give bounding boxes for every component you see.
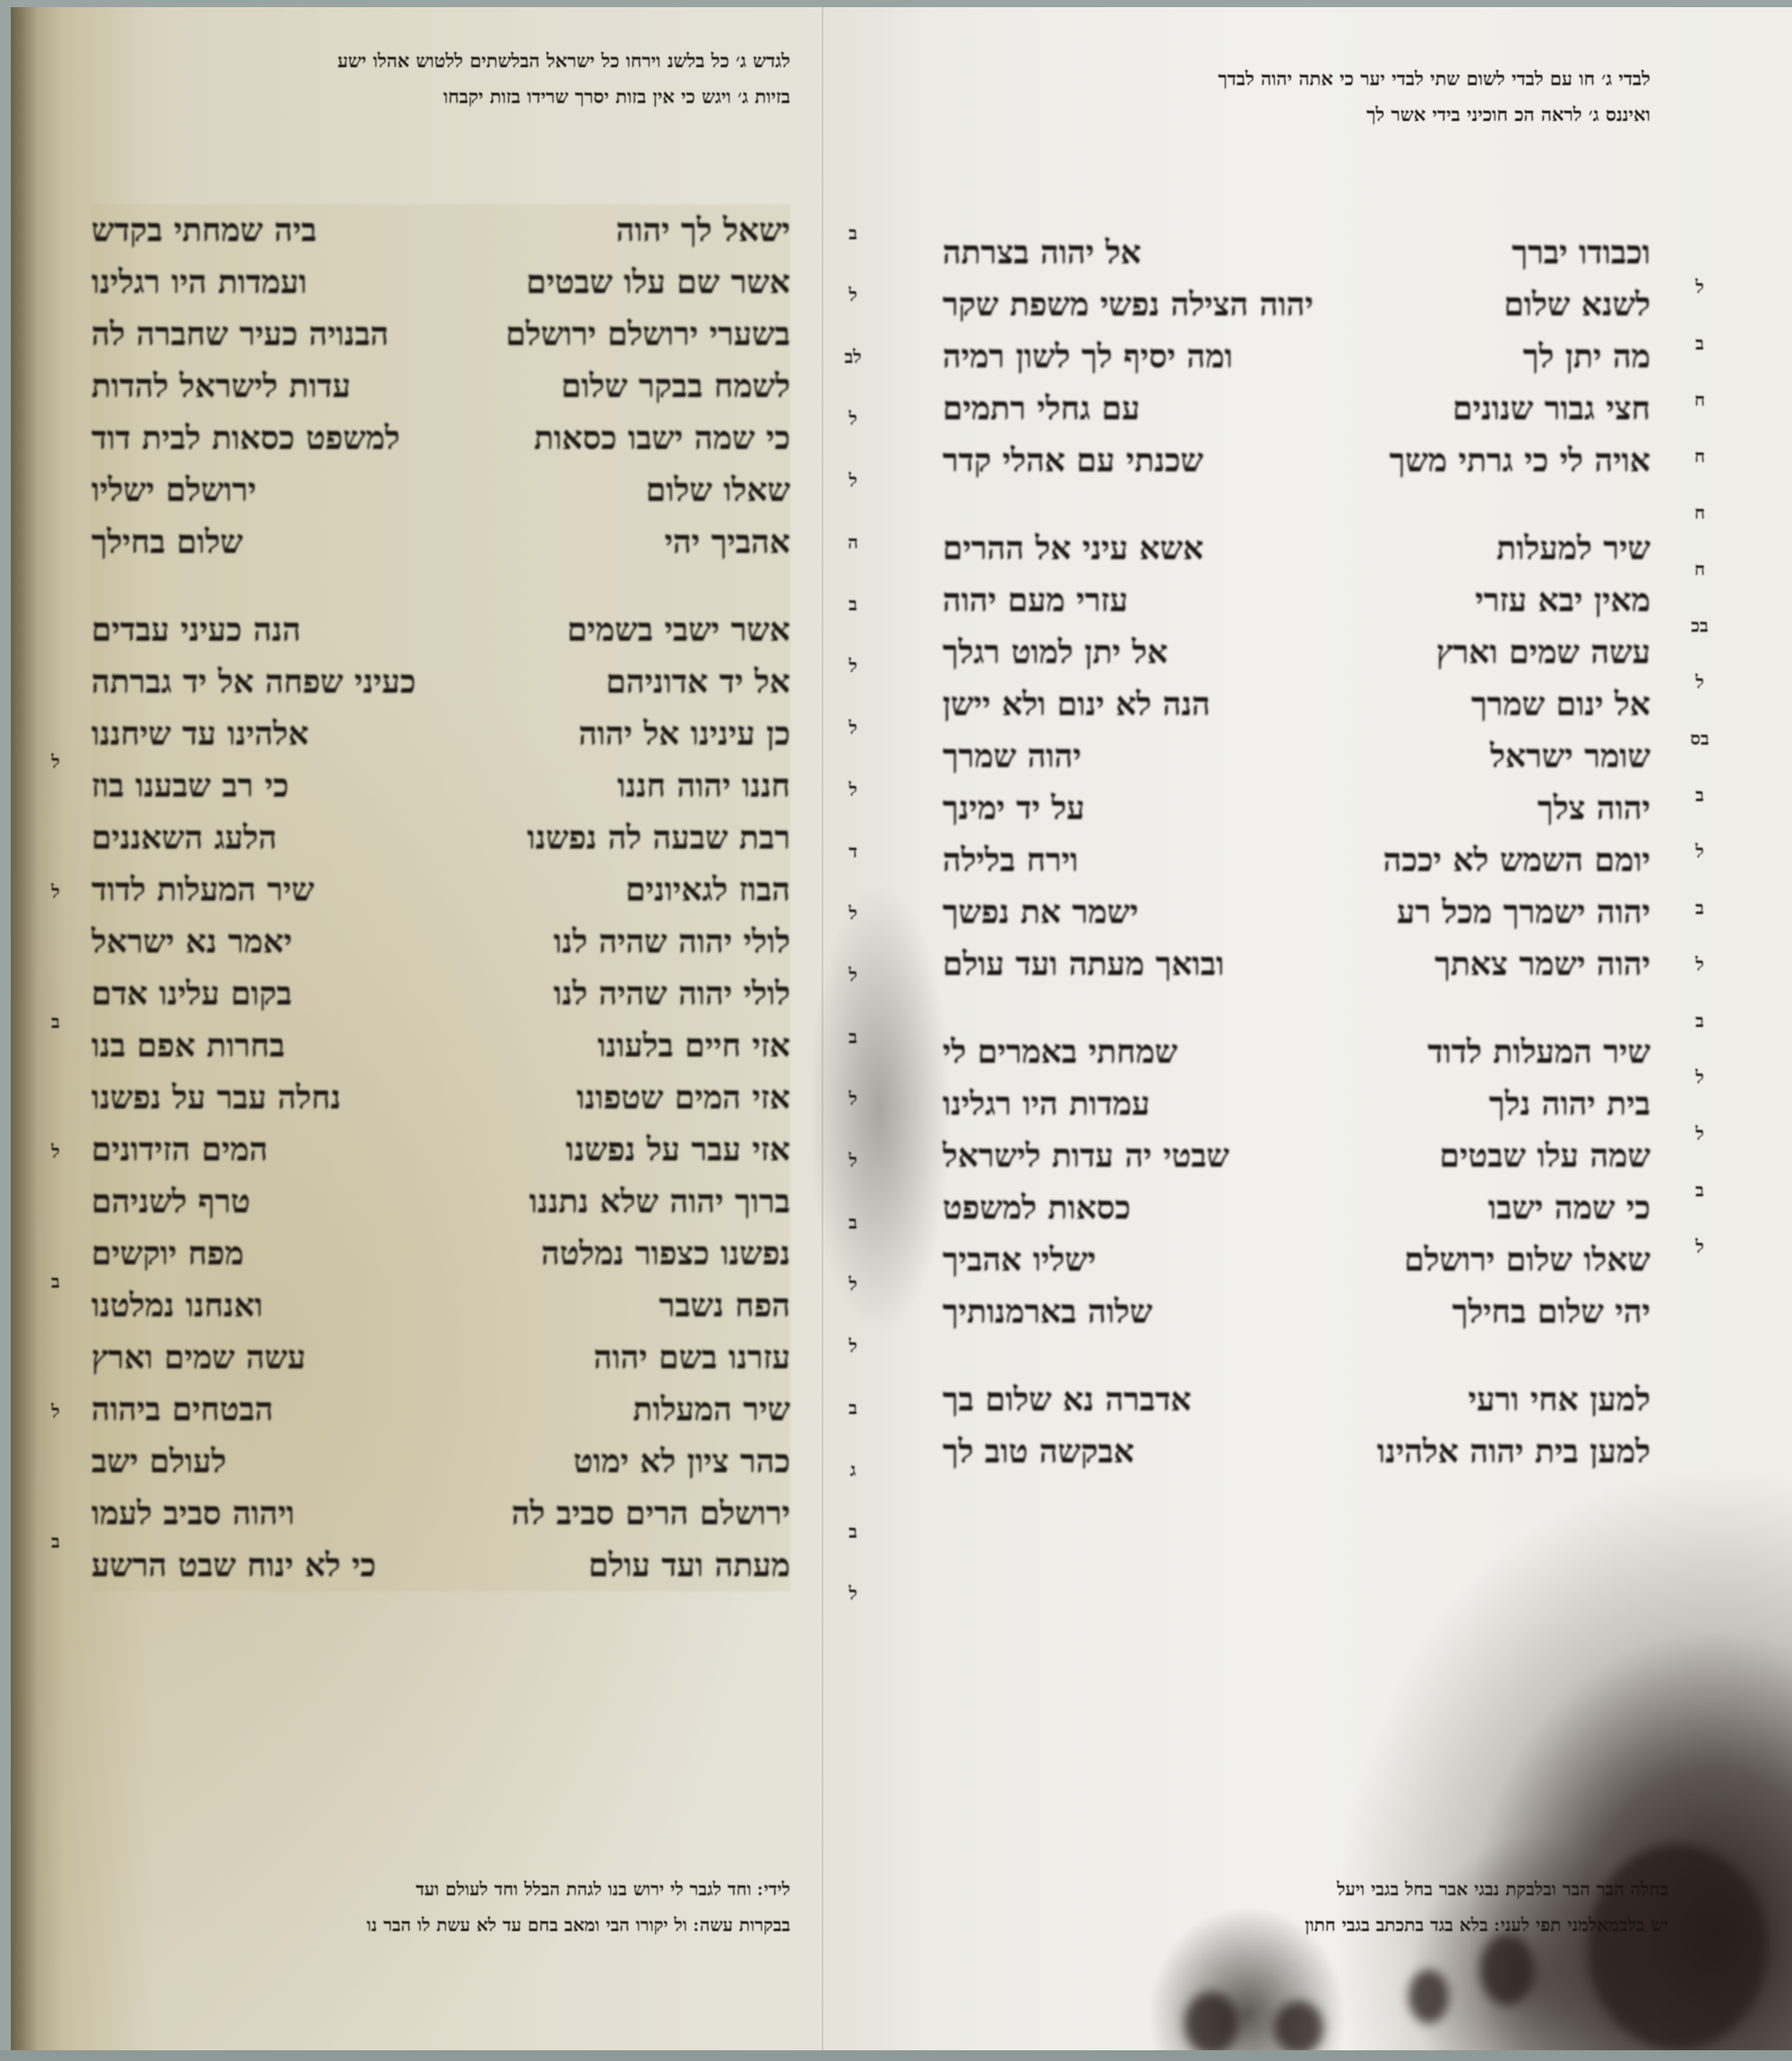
hemistich-first: ירושלם הרים סביב לה xyxy=(512,1488,790,1539)
masorah-mark: ל xyxy=(1664,1066,1736,1089)
hemistich-second: הנה לא ינום ולא יישן xyxy=(943,678,1210,730)
verse-line: יהוה ישמר צאתךובואך מעתה ועד עולם xyxy=(943,938,1650,990)
hemistich-second: אלהינו עד שיחננו xyxy=(91,708,309,760)
masorah-mark: ב xyxy=(826,1026,880,1048)
hemistich-second: יהוה הצילה נפשי משפת שקר xyxy=(943,279,1314,331)
masorah-margin-right: לבחחחחבכלבסבלבלבללבל xyxy=(1664,276,1736,1292)
hemistich-second: יהוה שמרך xyxy=(943,730,1081,782)
verse-line: אשר שם עלו שבטיםועמדות היו רגלינו xyxy=(91,256,790,308)
masorah-line: בבקרות עשה ׃ ול יקורו הבי ומאב בחם עד לא… xyxy=(100,1907,790,1943)
verse-line: כי שמה ישבו כסאותלמשפט כסאות לבית דוד xyxy=(91,412,790,464)
hemistich-first: מה יתן לך xyxy=(1523,331,1650,383)
masorah-mark: ל xyxy=(826,1088,880,1110)
verse-line: כי שמה ישבוכסאות למשפט xyxy=(943,1182,1650,1234)
hemistich-first: חצי גבור שנונים xyxy=(1452,383,1650,435)
hemistich-second: ביה שמחתי בקדש xyxy=(91,204,317,256)
masorah-mark: בס xyxy=(1664,728,1736,750)
masorah-mark: ל xyxy=(826,717,880,739)
hemistich-second: המים הזידונים xyxy=(91,1124,268,1176)
hemistich-first: אזי חיים בלעונו xyxy=(598,1020,790,1072)
hemistich-first: יהוה ישמר צאתך xyxy=(1434,938,1650,990)
hemistich-first: ישאל לך יהוה xyxy=(616,204,790,256)
hemistich-first: שמה עלו שבטים xyxy=(1439,1130,1650,1182)
verse-line: בית יהוה נלךעמדות היו רגלינו xyxy=(943,1078,1650,1130)
verse-line: שומר ישראליהוה שמרך xyxy=(943,730,1650,782)
masorah-mark: בכ xyxy=(1664,615,1736,637)
hemistich-first: יהוה צלך xyxy=(1538,782,1650,834)
hemistich-second: עם גחלי רתמים xyxy=(943,383,1140,435)
masorah-mark: ל xyxy=(826,779,880,801)
masorah-mark: ה xyxy=(826,531,880,554)
hemistich-second: הבנויה כעיר שחברה לה xyxy=(91,308,389,360)
verse-line: בשערי ירושלם ירושלםהבנויה כעיר שחברה לה xyxy=(91,308,790,360)
verse-line: לשמח בבקר שלוםעדות לישראל להדות xyxy=(91,360,790,412)
masorah-mark: ל xyxy=(826,964,880,987)
hemistich-second: שכנתי עם אהלי קדר xyxy=(943,435,1203,487)
hemistich-second: בקום עלינו אדם xyxy=(91,968,292,1020)
masorah-mark: ל xyxy=(826,1150,880,1172)
verse-line: וכבודו יברךאל יהוה בצרתה xyxy=(943,227,1650,279)
ink-stain xyxy=(1274,2001,1323,2055)
hemistich-second: ואנחנו נמלטנו xyxy=(91,1280,263,1332)
hemistich-first: עשה שמים וארץ xyxy=(1436,626,1650,678)
masorah-mark: ב xyxy=(1664,897,1736,919)
hemistich-second: כי רב שבענו בוז xyxy=(91,760,289,812)
text-column-right: וכבודו יברךאל יהוה בצרתהלשנא שלוםיהוה הצ… xyxy=(943,227,1650,1478)
masorah-mark: ב xyxy=(826,1397,880,1419)
verse-line: שיר המעלות לדודשמחתי באמרים לי xyxy=(943,1026,1650,1078)
masorah-mark: ל xyxy=(38,1401,73,1423)
masorah-mark: ל xyxy=(1664,671,1736,694)
hemistich-first: חננו יהוה חננו xyxy=(617,760,790,812)
hemistich-first: שומר ישראל xyxy=(1490,730,1650,782)
masorah-mark: לב xyxy=(826,346,880,368)
verse-line: אל יד אדוניהםכעיני שפחה אל יד גברתה xyxy=(91,656,790,708)
masorah-mark: ל xyxy=(38,881,73,903)
verse-line: אזי עבר על נפשנוהמים הזידונים xyxy=(91,1124,790,1176)
hemistich-second: וירח בלילה xyxy=(943,834,1078,886)
hemistich-first: עזרנו בשם יהוה xyxy=(594,1332,790,1384)
hemistich-second: עמדות היו רגלינו xyxy=(943,1078,1150,1130)
verse-line: חננו יהוה חננוכי רב שבענו בוז xyxy=(91,760,790,812)
hemistich-second: אבקשה טוב לך xyxy=(943,1426,1134,1478)
hemistich-first: שיר המעלות xyxy=(633,1384,790,1436)
hemistich-first: אהביך יהי xyxy=(665,516,790,568)
hemistich-first: שאלו שלום xyxy=(646,464,790,516)
hemistich-first: יהי שלום בחילך xyxy=(1452,1286,1650,1338)
verse-line: שאלו שלום ירושלםישליו אהביך xyxy=(943,1234,1650,1286)
hemistich-second: ומה יסיף לך לשון רמיה xyxy=(943,331,1233,383)
hemistich-second: אל יתן למוט רגלך xyxy=(943,626,1167,678)
masorah-mark: ב xyxy=(38,1531,73,1553)
masorah-margin-center: בללבללהבלללדללבללבללבגבל xyxy=(826,222,880,1644)
hemistich-first: מאין יבא עזרי xyxy=(1475,574,1650,626)
hemistich-first: בית יהוה נלך xyxy=(1489,1078,1650,1130)
hemistich-second: עשה שמים וארץ xyxy=(91,1332,306,1384)
hemistich-second: אשא עיני אל ההרים xyxy=(943,522,1203,574)
hemistich-first: אזי עבר על נפשנו xyxy=(565,1124,790,1176)
hemistich-first: כהר ציון לא ימוט xyxy=(573,1436,790,1488)
hemistich-first: למען אחי ורעי xyxy=(1469,1374,1650,1426)
hemistich-second: הנה כעיני עבדים xyxy=(91,604,301,656)
hemistich-second: כי לא ינוח שבט הרשע xyxy=(91,1539,376,1591)
verse-line: עזרנו בשם יהוהעשה שמים וארץ xyxy=(91,1332,790,1384)
verse-line: יומם השמש לא יככהוירח בלילה xyxy=(943,834,1650,886)
hemistich-second: הבטחים ביהוה xyxy=(91,1384,273,1436)
hemistich-first: אשר ישבי בשמים xyxy=(567,604,790,656)
hemistich-second: כסאות למשפט xyxy=(943,1182,1131,1234)
hemistich-first: כי שמה ישבו xyxy=(1488,1182,1650,1234)
masorah-bottom-right: בחלה הבר הבר ובלבקת נבגי אבר בחל בגבי וי… xyxy=(961,1871,1668,1943)
masorah-mark: ל xyxy=(826,470,880,492)
hemistich-second: שמחתי באמרים לי xyxy=(943,1026,1177,1078)
verse-line: לולי יהוה שהיה לנויאמר נא ישראל xyxy=(91,916,790,968)
verse-line: כן עינינו אל יהוהאלהינו עד שיחננו xyxy=(91,708,790,760)
masorah-mark: ב xyxy=(826,222,880,245)
hemistich-second: אדברה נא שלום בך xyxy=(943,1374,1192,1426)
hemistich-first: הפח נשבר xyxy=(659,1280,790,1332)
verse-line: למען בית יהוה אלהינואבקשה טוב לך xyxy=(943,1426,1650,1478)
verse-line: שאלו שלוםירושלם ישליו xyxy=(91,464,790,516)
hemistich-first: מעתה ועד עולם xyxy=(589,1539,790,1591)
hemistich-second: אל יהוה בצרתה xyxy=(943,227,1142,279)
hemistich-first: לשנא שלום xyxy=(1503,279,1650,331)
hemistich-first: שאלו שלום ירושלם xyxy=(1404,1234,1650,1286)
hemistich-first: שיר המעלות לדוד xyxy=(1427,1026,1650,1078)
hemistich-second: עדות לישראל להדות xyxy=(91,360,350,412)
ink-stain xyxy=(1185,1992,1238,2055)
hemistich-second: שבטי יה עדות לישראל xyxy=(943,1130,1229,1182)
hemistich-second: עזרי מעם יהוה xyxy=(943,574,1128,626)
verse-line: חצי גבור שנוניםעם גחלי רתמים xyxy=(943,383,1650,435)
hemistich-second: שלוה בארמנותיך xyxy=(943,1286,1152,1338)
masorah-mark: ל xyxy=(826,902,880,925)
hemistich-first: אשר שם עלו שבטים xyxy=(526,256,790,308)
verse-line: יהוה צלךעל יד ימינך xyxy=(943,782,1650,834)
verse-line: ברוך יהוה שלא נתננוטרף לשניהם xyxy=(91,1176,790,1228)
hemistich-first: כי שמה ישבו כסאות xyxy=(534,412,790,464)
masorah-line: לגדש ג׳ כל בלשנ וירחו כל ישראל הבלשתים ל… xyxy=(109,43,790,79)
hemistich-second: כעיני שפחה אל יד גברתה xyxy=(91,656,416,708)
verse-line: שיר המעלותהבטחים ביהוה xyxy=(91,1384,790,1436)
hemistich-second: בחרות אפם בנו xyxy=(91,1020,285,1072)
hemistich-second: ובואך מעתה ועד עולם xyxy=(943,938,1224,990)
masorah-mark: ל xyxy=(826,1582,880,1605)
masorah-bottom-left: לידי ׃ וחד לגבר לי ירוש בנו לגהת הבלל וח… xyxy=(100,1871,790,1943)
masorah-mark: ל xyxy=(1664,841,1736,863)
verse-line: הפח נשברואנחנו נמלטנו xyxy=(91,1280,790,1332)
masorah-top-right: לבדי ג׳ חו עם לבדי לשום שתי לבדי יער כי … xyxy=(996,61,1650,133)
binding-shadow xyxy=(11,7,38,2050)
hemistich-first: יהוה ישמרך מכל רע xyxy=(1397,886,1650,938)
masorah-mark: ל xyxy=(826,655,880,677)
masorah-mark: ל xyxy=(826,1335,880,1358)
verse-line: יהי שלום בחילךשלוה בארמנותיך xyxy=(943,1286,1650,1338)
hemistich-second: שלום בחילך xyxy=(91,516,243,568)
masorah-line: בזיות ג׳ ויגש כי אין בזות יסרך שרידו בזו… xyxy=(109,79,790,115)
hemistich-first: למען בית יהוה אלהינו xyxy=(1377,1426,1650,1478)
masorah-margin-left: ללבלבלב xyxy=(38,751,73,1660)
center-fold xyxy=(822,7,823,2050)
verse-line: עשה שמים וארץאל יתן למוט רגלך xyxy=(943,626,1650,678)
hemistich-second: ועמדות היו רגלינו xyxy=(91,256,307,308)
hemistich-second: למשפט כסאות לבית דוד xyxy=(91,412,400,464)
verse-line: אויה לי כי גרתי משךשכנתי עם אהלי קדר xyxy=(943,435,1650,487)
masorah-line: יש בלבמאלמני תפי לעני ׃ בלא בגד בתכתב בג… xyxy=(961,1907,1668,1943)
hemistich-first: רבת שבעה לה נפשנו xyxy=(527,812,790,864)
masorah-mark: ב xyxy=(1664,332,1736,355)
masorah-mark: ל xyxy=(826,1273,880,1296)
hemistich-second: הלעג השאננים xyxy=(91,812,277,864)
verse-line: לולי יהוה שהיה לנובקום עלינו אדם xyxy=(91,968,790,1020)
masorah-mark: ב xyxy=(826,1212,880,1234)
verse-line: מאין יבא עזריעזרי מעם יהוה xyxy=(943,574,1650,626)
verse-line: כהר ציון לא ימוטלעולם ישב xyxy=(91,1436,790,1488)
masorah-mark: ד xyxy=(826,841,880,863)
verse-line: ירושלם הרים סביב להויהוה סביב לעמו xyxy=(91,1488,790,1539)
hemistich-second: על יד ימינך xyxy=(943,782,1085,834)
masorah-mark: ח xyxy=(1664,502,1736,524)
hemistich-second: ישמר את נפשך xyxy=(943,886,1139,938)
manuscript-page: לגדש ג׳ כל בלשנ וירחו כל ישראל הבלשתים ל… xyxy=(11,7,1792,2050)
hemistich-first: אל יד אדוניהם xyxy=(606,656,790,708)
masorah-mark: ב xyxy=(826,1521,880,1543)
masorah-line: לידי ׃ וחד לגבר לי ירוש בנו לגהת הבלל וח… xyxy=(100,1871,790,1907)
verse-line: אזי המים שטפונונחלה עבר על נפשנו xyxy=(91,1072,790,1124)
hemistich-first: יומם השמש לא יככה xyxy=(1383,834,1650,886)
verse-line: שיר למעלותאשא עיני אל ההרים xyxy=(943,522,1650,574)
verse-line: מעתה ועד עולםכי לא ינוח שבט הרשע xyxy=(91,1539,790,1591)
hemistich-first: אל ינום שמרך xyxy=(1471,678,1650,730)
hemistich-second: ירושלם ישליו xyxy=(91,464,256,516)
hemistich-second: ישליו אהביך xyxy=(943,1234,1096,1286)
masorah-mark: ב xyxy=(38,1271,73,1293)
masorah-mark: ח xyxy=(1664,389,1736,411)
masorah-mark: ב xyxy=(38,1011,73,1033)
verse-line: למען אחי ורעיאדברה נא שלום בך xyxy=(943,1374,1650,1426)
hemistich-second: ויהוה סביב לעמו xyxy=(91,1488,295,1539)
masorah-line: ואיננס ג׳ לראה הכ חוכיני בידי אשר לך xyxy=(996,97,1650,133)
masorah-mark: ל xyxy=(1664,1236,1736,1258)
hemistich-first: לולי יהוה שהיה לנו xyxy=(554,916,790,968)
ink-stain xyxy=(1409,1970,1449,2023)
hemistich-first: וכבודו יברך xyxy=(1512,227,1650,279)
verse-line: יהוה ישמרך מכל רעישמר את נפשך xyxy=(943,886,1650,938)
verse-line: אל ינום שמרךהנה לא ינום ולא יישן xyxy=(943,678,1650,730)
ink-stain xyxy=(1480,1934,1534,2005)
text-column-left: ישאל לך יהוהביה שמחתי בקדשאשר שם עלו שבט… xyxy=(91,204,790,1591)
masorah-mark: ג xyxy=(826,1459,880,1481)
verse-line: לשנא שלוםיהוה הצילה נפשי משפת שקר xyxy=(943,279,1650,331)
masorah-mark: ח xyxy=(1664,558,1736,581)
masorah-line: בחלה הבר הבר ובלבקת נבגי אבר בחל בגבי וי… xyxy=(961,1871,1668,1907)
hemistich-second: נחלה עבר על נפשנו xyxy=(91,1072,340,1124)
hemistich-first: לשמח בבקר שלום xyxy=(561,360,790,412)
hemistich-first: אזי המים שטפונו xyxy=(576,1072,790,1124)
masorah-mark: ח xyxy=(1664,445,1736,468)
hemistich-first: ברוך יהוה שלא נתננו xyxy=(530,1176,790,1228)
masorah-mark: ל xyxy=(1664,276,1736,298)
verse-line: אשר ישבי בשמיםהנה כעיני עבדים xyxy=(91,604,790,656)
verse-line: ישאל לך יהוהביה שמחתי בקדש xyxy=(91,204,790,256)
masorah-mark: ב xyxy=(1664,784,1736,806)
verse-line: שמה עלו שבטיםשבטי יה עדות לישראל xyxy=(943,1130,1650,1182)
hemistich-second: יאמר נא ישראל xyxy=(91,916,292,968)
hemistich-second: מפח יוקשים xyxy=(91,1228,244,1280)
verse-line: נפשנו כצפור נמלטהמפח יוקשים xyxy=(91,1228,790,1280)
masorah-mark: ב xyxy=(1664,1179,1736,1202)
verse-line: הבוז לגאיוניםשיר המעלות לדוד xyxy=(91,864,790,916)
hemistich-second: טרף לשניהם xyxy=(91,1176,250,1228)
hemistich-first: שיר למעלות xyxy=(1496,522,1650,574)
verse-line: רבת שבעה לה נפשנוהלעג השאננים xyxy=(91,812,790,864)
masorah-mark: ל xyxy=(826,408,880,430)
verse-line: אזי חיים בלעונובחרות אפם בנו xyxy=(91,1020,790,1072)
hemistich-second: לעולם ישב xyxy=(91,1436,227,1488)
hemistich-second: שיר המעלות לדוד xyxy=(91,864,314,916)
masorah-mark: ל xyxy=(1664,1123,1736,1145)
masorah-mark: ל xyxy=(826,284,880,306)
masorah-line: לבדי ג׳ חו עם לבדי לשום שתי לבדי יער כי … xyxy=(996,61,1650,97)
masorah-top-left: לגדש ג׳ כל בלשנ וירחו כל ישראל הבלשתים ל… xyxy=(109,43,790,115)
verse-line: אהביך יהישלום בחילך xyxy=(91,516,790,568)
masorah-mark: ל xyxy=(38,751,73,773)
masorah-mark: ב xyxy=(826,593,880,616)
hemistich-first: נפשנו כצפור נמלטה xyxy=(541,1228,790,1280)
hemistich-first: לולי יהוה שהיה לנו xyxy=(554,968,790,1020)
hemistich-first: בשערי ירושלם ירושלם xyxy=(505,308,790,360)
masorah-mark: ל xyxy=(38,1141,73,1163)
verse-line: מה יתן לךומה יסיף לך לשון רמיה xyxy=(943,331,1650,383)
hemistich-first: הבוז לגאיונים xyxy=(625,864,790,916)
hemistich-first: אויה לי כי גרתי משך xyxy=(1390,435,1650,487)
masorah-mark: ב xyxy=(1664,1010,1736,1032)
masorah-mark: ל xyxy=(1664,953,1736,976)
hemistich-first: כן עינינו אל יהוה xyxy=(579,708,790,760)
photo-frame-edge xyxy=(0,2050,1792,2061)
